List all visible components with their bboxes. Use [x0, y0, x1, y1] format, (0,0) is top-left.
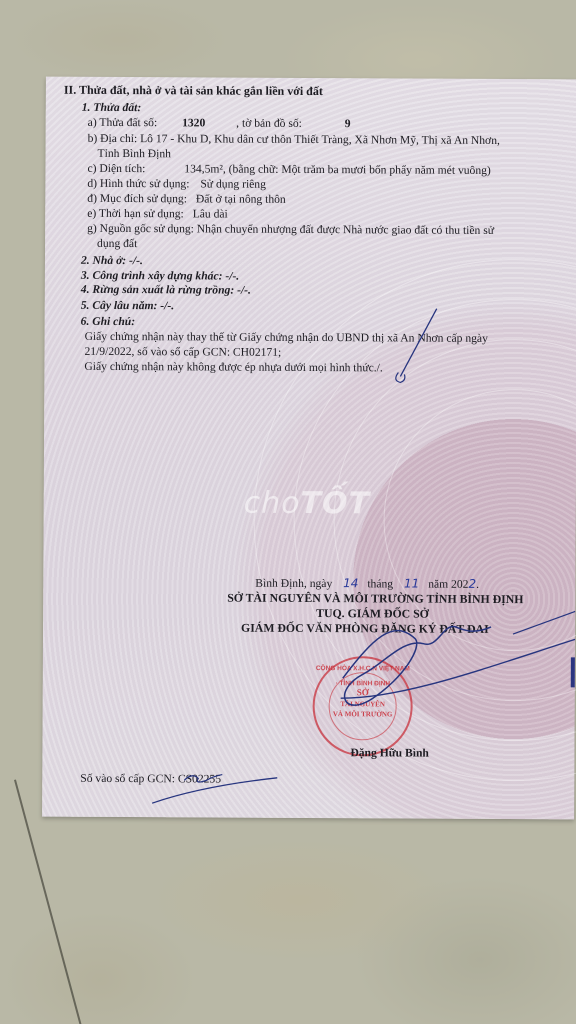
land-use-certificate-page: II. Thửa đất, nhà ở và tài sản khác gắn …	[42, 77, 576, 820]
signature-ink-strokes	[42, 77, 576, 820]
edge-ink-mark	[571, 657, 575, 687]
